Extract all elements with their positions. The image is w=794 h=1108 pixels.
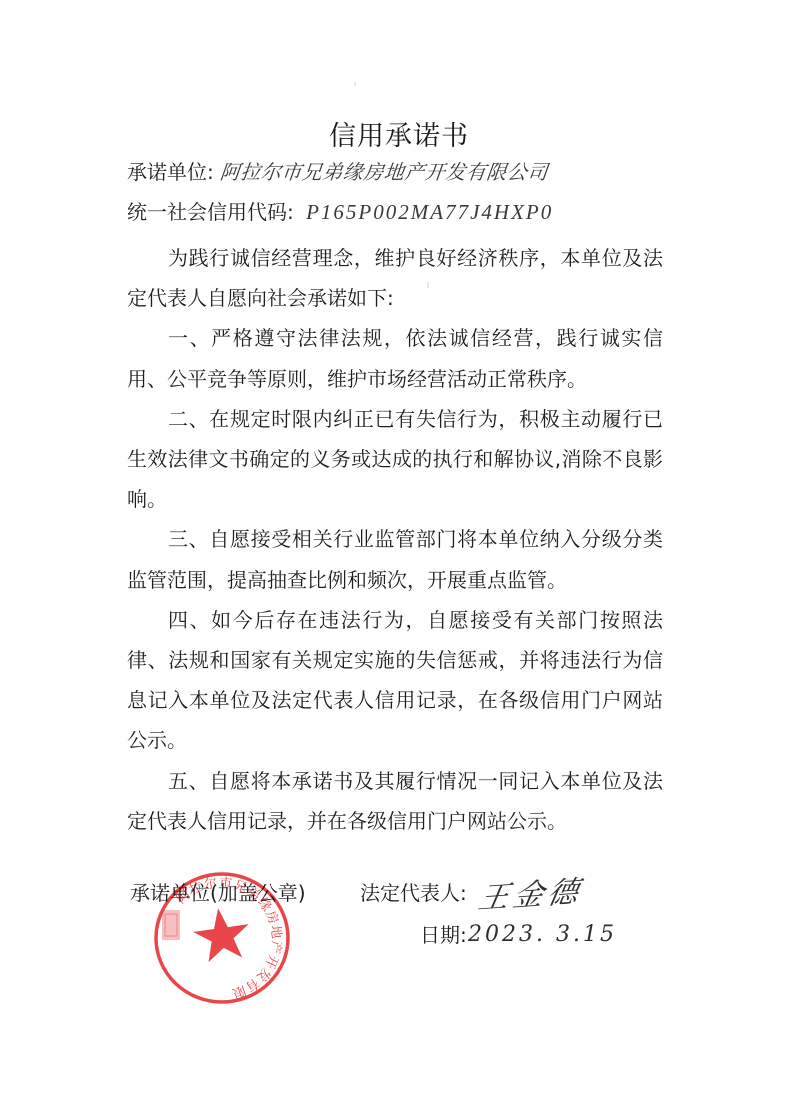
company-seal-stamp: 阿拉尔市兄弟缘房地产开发有限公司 bbox=[152, 870, 292, 1006]
paragraph-clause-2: 二、在规定时限内纠正已有失信行为，积极主动履行已生效法律文书确定的义务或达成的执… bbox=[127, 399, 663, 520]
document-title: 信用承诺书 bbox=[0, 114, 794, 153]
scan-artifact bbox=[354, 82, 356, 86]
seal-icon: 阿拉尔市兄弟缘房地产开发有限公司 bbox=[152, 870, 292, 1006]
legal-representative-label: 法定代表人: bbox=[360, 881, 467, 905]
date-label: 日期: bbox=[420, 923, 467, 947]
paragraph-intro: 为践行诚信经营理念，维护良好经济秩序，本单位及法定代表人自愿向社会承诺如下: bbox=[127, 238, 663, 318]
svg-text:阿拉尔市兄弟缘房地产开发有限公司: 阿拉尔市兄弟缘房地产开发有限公司 bbox=[165, 870, 292, 1003]
document-body: 为践行诚信经营理念，维护良好经济秩序，本单位及法定代表人自愿向社会承诺如下: 一… bbox=[127, 238, 663, 841]
document-page: 信用承诺书 承诺单位: 阿拉尔市兄弟缘房地产开发有限公司 统一社会信用代码: P… bbox=[0, 0, 794, 1108]
legal-representative-signature: 王金德 bbox=[475, 866, 586, 917]
unit-field: 承诺单位: 阿拉尔市兄弟缘房地产开发有限公司 bbox=[127, 160, 548, 184]
unit-seal-label: 承诺单位(加盖公章) bbox=[130, 881, 306, 905]
paragraph-clause-1: 一、严格遵守法律法规，依法诚信经营，践行诚实信用、公平竞争等原则，维护市场经营活… bbox=[127, 318, 663, 398]
unit-label: 承诺单位: bbox=[127, 160, 214, 184]
paragraph-clause-5: 五、自愿将本承诺书及其履行情况一同记入本单位及法定代表人信用记录，并在各级信用门… bbox=[127, 761, 663, 841]
paragraph-clause-4: 四、如今后存在违法行为，自愿接受有关部门按照法律、法规和国家有关规定实施的失信惩… bbox=[127, 600, 663, 761]
scan-artifact bbox=[427, 282, 429, 288]
credit-code-value-handwritten: P165P002MA77J4HXP0 bbox=[306, 200, 553, 224]
unit-value-handwritten: 阿拉尔市兄弟缘房地产开发有限公司 bbox=[219, 160, 550, 184]
date-value-handwritten: 2023. 3.15 bbox=[468, 922, 617, 947]
seal-star-icon bbox=[190, 904, 253, 963]
credit-code-field: 统一社会信用代码: P165P002MA77J4HXP0 bbox=[127, 200, 553, 224]
paragraph-clause-3: 三、自愿接受相关行业监管部门将本单位纳入分级分类监管范围，提高抽查比例和频次，开… bbox=[127, 519, 663, 599]
credit-code-label: 统一社会信用代码: bbox=[127, 200, 294, 224]
